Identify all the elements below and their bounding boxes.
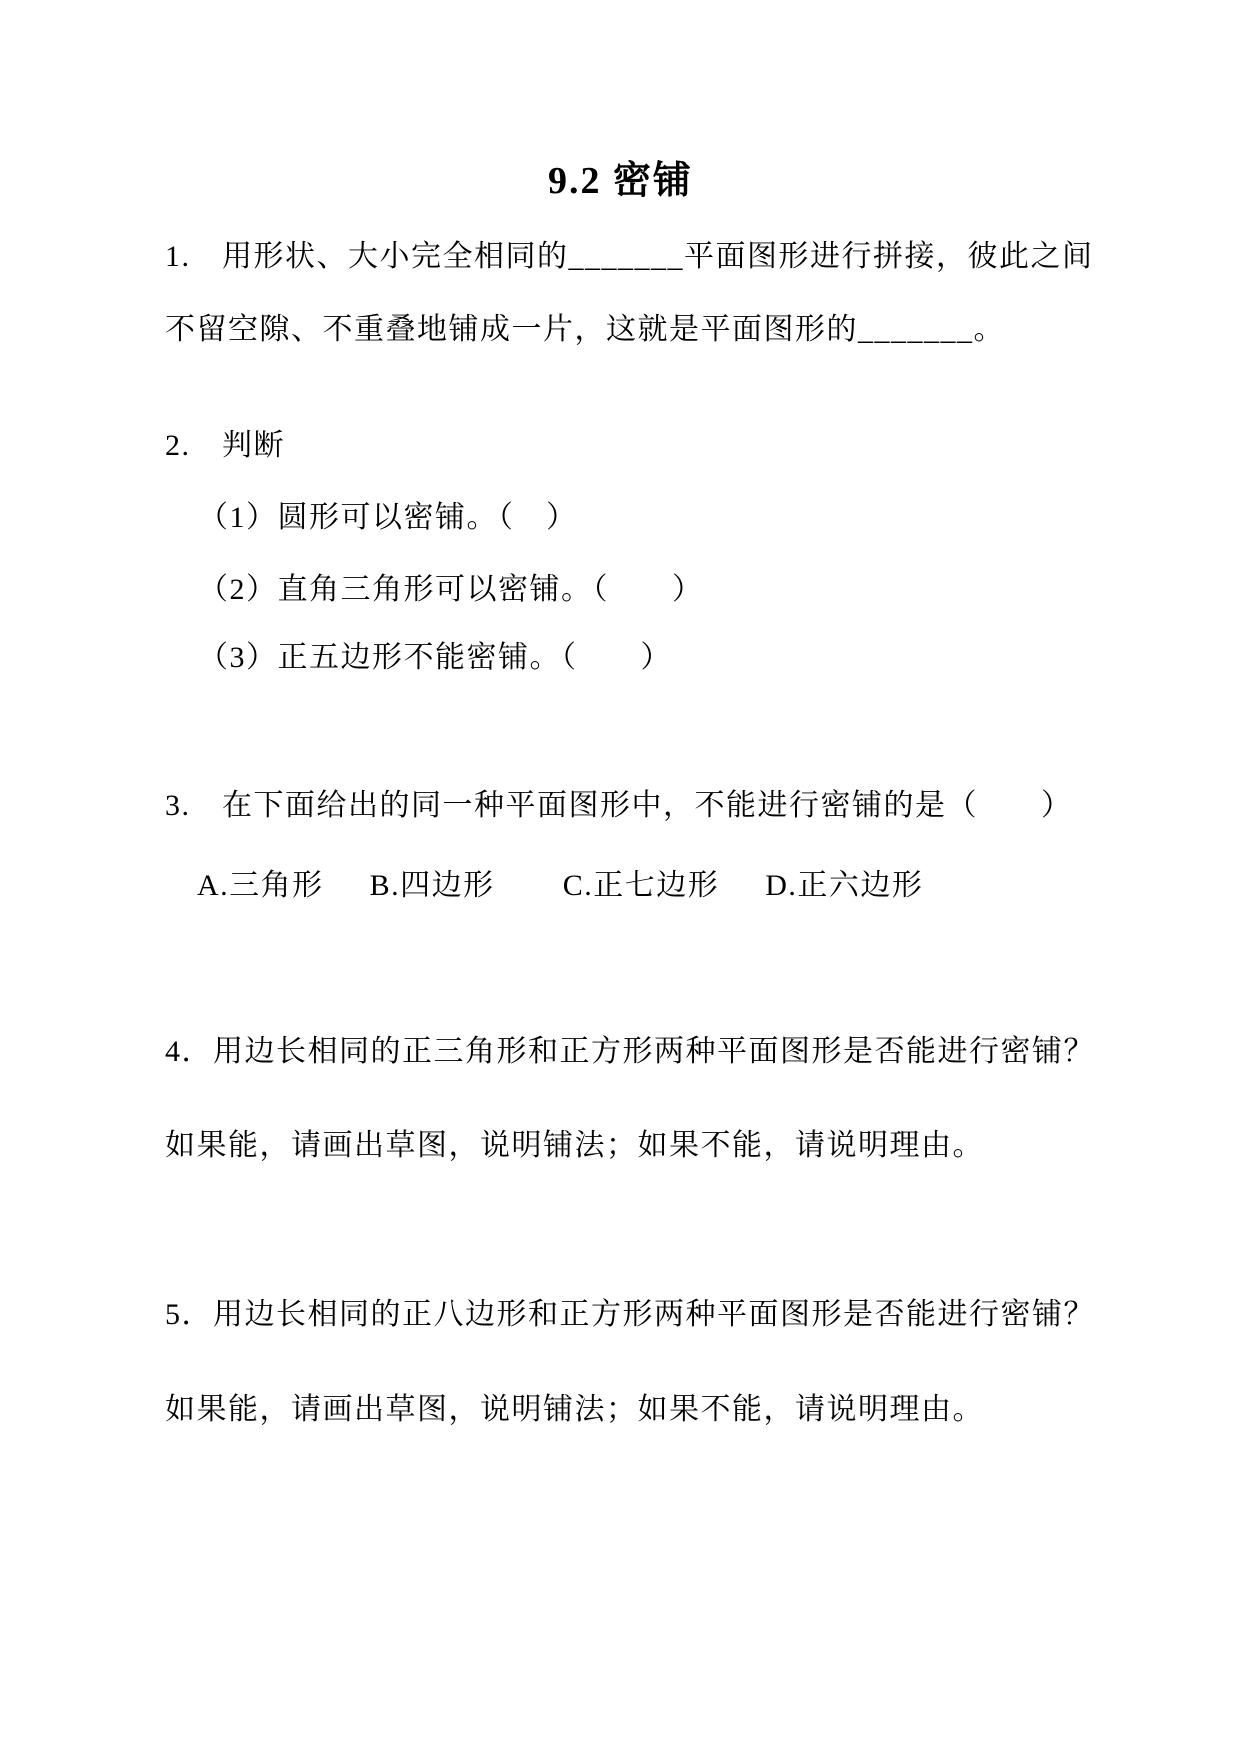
question-4-line-1: 4．用边长相同的正三角形和正方形两种平面图形是否能进行密铺？ [165, 1033, 1095, 1071]
page-title: 9.2 密铺 [0, 158, 1241, 204]
question-1-line-2: 不留空隙、不重叠地铺成一片，这就是平面图形的_______。 [165, 311, 1005, 349]
question-3-stem: 3. 在下面给出的同一种平面图形中，不能进行密铺的是（ ） [165, 787, 1073, 825]
question-2-item-3: （3）正五边形不能密铺。（ ） [198, 639, 672, 677]
question-3-option-b: B.四边形 [370, 867, 495, 905]
worksheet-page: 9.2 密铺 1. 用形状、大小完全相同的_______平面图形进行拼接，彼此之… [0, 0, 1241, 1754]
question-2-item-2: （2）直角三角形可以密铺。（ ） [198, 571, 704, 609]
question-3-option-c: C.正七边形 [563, 867, 720, 905]
question-1-line-1: 1. 用形状、大小完全相同的_______平面图形进行拼接，彼此之间 [165, 238, 1094, 276]
question-5-line-1: 5．用边长相同的正八边形和正方形两种平面图形是否能进行密铺？ [165, 1296, 1095, 1334]
question-3-option-a: A.三角形 [197, 867, 324, 905]
question-4-line-2: 如果能，请画出草图，说明铺法；如果不能，请说明理由。 [165, 1127, 984, 1165]
question-3-options: A.三角形 B.四边形 C.正七边形 D.正六边形 [197, 867, 923, 905]
question-2-heading: 2. 判断 [165, 427, 285, 465]
question-2-item-1: （1）圆形可以密铺。（ ） [198, 499, 578, 537]
question-3-option-d: D.正六边形 [765, 867, 923, 905]
question-5-line-2: 如果能，请画出草图，说明铺法；如果不能，请说明理由。 [165, 1391, 984, 1429]
